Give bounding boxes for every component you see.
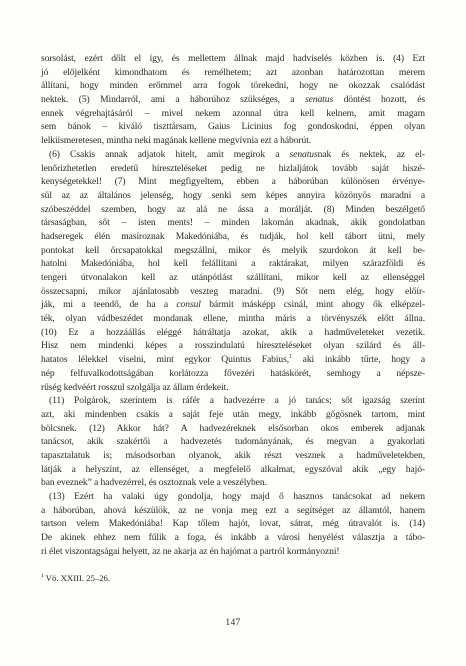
text-line: tanácsot, akik szakértői a hadvezetés tu… (41, 435, 425, 449)
text-line: ennek végrehajtásáról – mivel nekem azon… (41, 107, 425, 121)
text-line: azt, aki mindenben csakis a saját feje u… (41, 408, 425, 422)
text-line: (13) Ezért ha valaki úgy gondolja, hogy … (41, 490, 425, 504)
text-line: nektek. (5) Mindarról, ami a háborúhoz s… (41, 93, 425, 107)
text-line: bölcsnek. (12) Akkor hát? A hadvezérekne… (41, 422, 425, 436)
text-line: a háborúban, ahová készülök, az ne vonja… (41, 504, 425, 518)
text-line: sem bánok – kiváló tiszttársam, Gaius Li… (41, 120, 425, 134)
body-text: sorsolást, ezért dőlt el így, és mellett… (41, 52, 425, 558)
text-line: látják a helyszínt, az ellenséget, a meg… (41, 463, 425, 477)
text-line: kenységetekkel! (7) Mint megfigyeltem, e… (41, 175, 425, 189)
text-line: hatolni Makedóniába, hol kell felállítan… (41, 257, 425, 271)
text-line: sorsolást, ezért dőlt el így, és mellett… (41, 52, 425, 66)
text-line: (11) Polgárok, szerintem is ráfér a hadv… (41, 394, 425, 408)
text-line: jó előjelként kimondhatom és remélhetem;… (41, 66, 425, 80)
footnote: 1 Vö. XXIII. 25–26. (41, 572, 425, 584)
text-line: (6) Csakis annak adjatok hitelt, amit me… (41, 148, 425, 162)
text-line: ték, olyan vádbeszédet mondanak ellene, … (41, 312, 425, 326)
text-line: tengeri útvonalakon kell az utánpótlást … (41, 271, 425, 285)
text-line: ban eveznek” a hadvezérrel, és osztoznak… (41, 476, 425, 490)
text-line: hatatos lélekkel viselni, mint egykor Qu… (41, 353, 425, 367)
text-line: (10) Ez a hozzáállás eléggé hátráltatja … (41, 326, 425, 340)
text-line: pontokat kell őrcsapatokkal megszállni, … (41, 244, 425, 258)
text-line: rűség kedvéért rosszul szolgálja az álla… (41, 381, 425, 395)
text-line: lenőrizhetetlen eredetű híreszteléseket … (41, 162, 425, 176)
text-line: összecsapni, mikor ajánlatosabb veszteg … (41, 285, 425, 299)
text-line: tapasztalatuk is; másodsorban olyanok, a… (41, 449, 425, 463)
text-line: Hisz nem mindenki képes a rosszindulatú … (41, 339, 425, 353)
text-line: De akinek ehhez nem fűlik a foga, és ink… (41, 531, 425, 545)
text-line: lelkiismeretesen, mintha neki magának ke… (41, 134, 425, 148)
text-line: ri élet viszontagságai helyett, az ne ak… (41, 545, 425, 559)
footnote-text: Vö. XXIII. 25–26. (46, 573, 110, 583)
text-line: ják, mi a teendő, de ha a consul bármit … (41, 298, 425, 312)
text-line: hadseregek élén masíroznak Makedóniába, … (41, 230, 425, 244)
text-line: nép felfuvalkodottságában korlátozza főv… (41, 367, 425, 381)
footnote-marker: 1 (41, 573, 44, 579)
text-line: sül az az általános jelenség, hogy senki… (41, 189, 425, 203)
book-page: sorsolást, ezért dőlt el így, és mellett… (0, 0, 466, 666)
text-line: állítani, hogy minden erőmmel arra fogok… (41, 79, 425, 93)
text-line: tartson velem Makedóniába! Kap tőlem haj… (41, 517, 425, 531)
text-line: társaságban, sőt – isten ments! – minden… (41, 216, 425, 230)
text-line: szóbeszéddel szemben, hogy az alá ne áss… (41, 203, 425, 217)
page-number: 147 (0, 617, 466, 628)
